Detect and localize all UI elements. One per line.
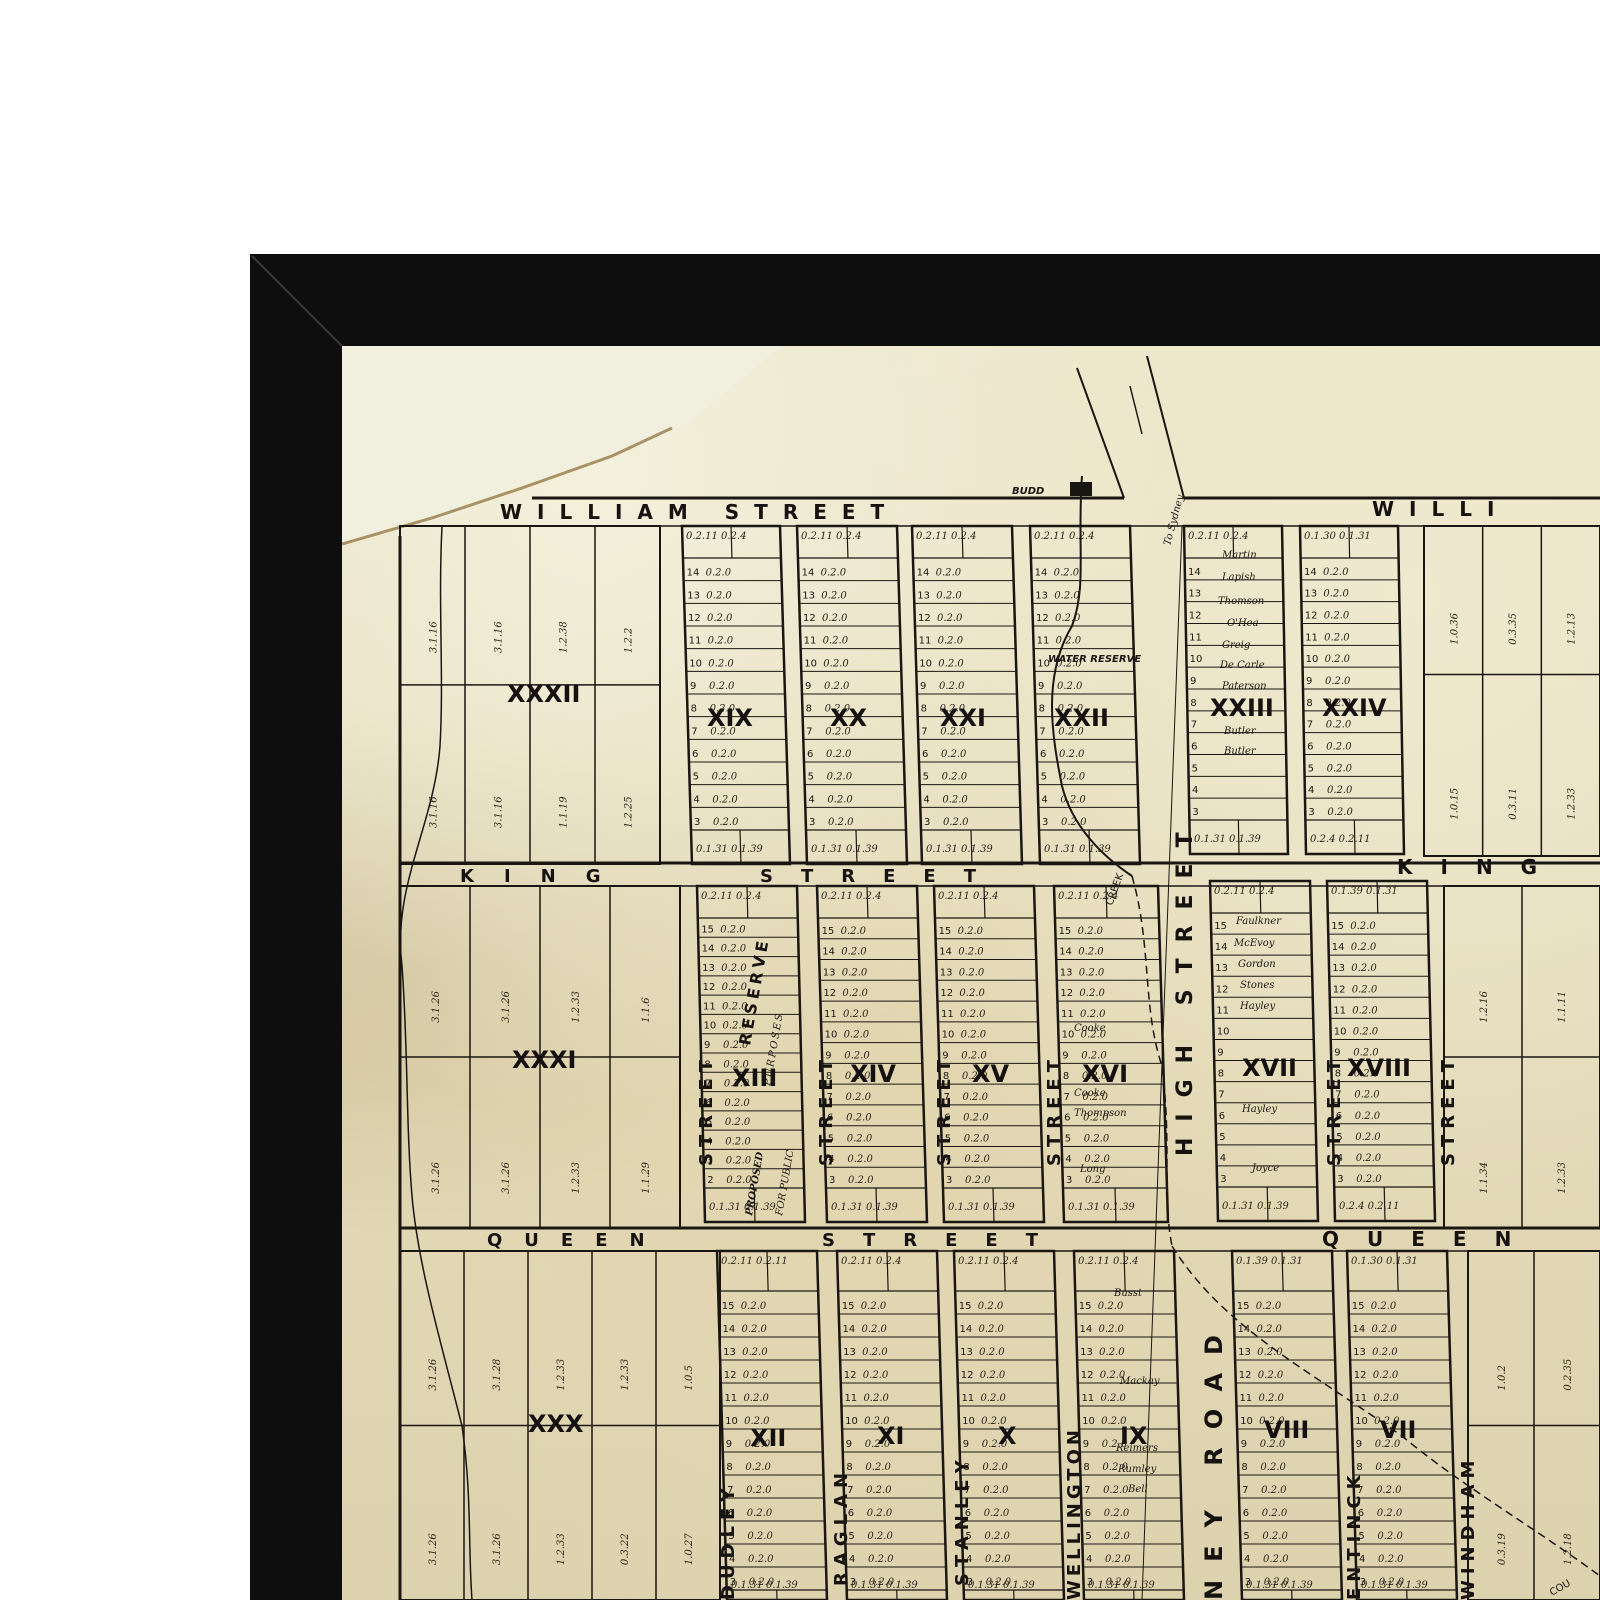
svg-text:8: 8 [704, 1059, 710, 1070]
svg-text:4: 4 [1359, 1554, 1365, 1565]
svg-text:0.2.0: 0.2.0 [1261, 1485, 1287, 1496]
svg-text:0.2.0: 0.2.0 [867, 1508, 893, 1519]
svg-text:WILLIAM STREET: WILLIAM STREET [500, 500, 899, 524]
svg-text:10: 10 [704, 1021, 717, 1032]
svg-text:0.2.0: 0.2.0 [942, 772, 968, 783]
svg-text:0.2.0: 0.2.0 [846, 1113, 872, 1124]
svg-text:7: 7 [1039, 726, 1045, 737]
svg-text:0.2.0: 0.2.0 [743, 1370, 769, 1381]
svg-text:XVI: XVI [1082, 1060, 1128, 1088]
svg-text:0.2.0: 0.2.0 [1355, 1111, 1381, 1122]
svg-text:6: 6 [1307, 742, 1313, 753]
svg-text:9: 9 [1062, 1050, 1068, 1061]
svg-text:13: 13 [1215, 963, 1228, 974]
svg-text:0.1.31 0.1.39: 0.1.31 0.1.39 [1068, 1202, 1135, 1213]
svg-text:0.2.4 0.2.11: 0.2.4 0.2.11 [1339, 1201, 1399, 1212]
svg-text:3.1.26: 3.1.26 [431, 1161, 442, 1193]
svg-text:12: 12 [940, 988, 953, 999]
svg-text:0.2.0: 0.2.0 [748, 1554, 774, 1565]
svg-text:9: 9 [1190, 676, 1196, 687]
svg-text:5: 5 [706, 1117, 712, 1128]
svg-text:0.2.11 0.2.4: 0.2.11 0.2.4 [1214, 886, 1274, 897]
svg-text:5: 5 [1085, 1531, 1091, 1542]
svg-text:14: 14 [1304, 567, 1317, 578]
svg-text:5: 5 [945, 1133, 951, 1144]
svg-text:0.1.31 0.1.39: 0.1.31 0.1.39 [831, 1202, 898, 1213]
svg-text:0.2.0: 0.2.0 [1078, 926, 1104, 937]
svg-text:QUEEN: QUEEN [487, 1230, 667, 1251]
svg-text:0.3.11: 0.3.11 [1508, 788, 1519, 820]
svg-text:4: 4 [706, 1136, 712, 1147]
svg-text:6: 6 [1064, 1113, 1070, 1124]
svg-text:1.2.33: 1.2.33 [556, 1359, 567, 1391]
svg-text:10: 10 [1082, 1416, 1095, 1427]
svg-text:0.3.22: 0.3.22 [620, 1533, 631, 1565]
svg-text:1.2.38: 1.2.38 [559, 621, 570, 653]
svg-text:11: 11 [1239, 1393, 1252, 1404]
svg-text:1.1.29: 1.1.29 [641, 1161, 652, 1193]
svg-text:15: 15 [1237, 1301, 1250, 1312]
svg-text:3: 3 [1087, 1577, 1093, 1588]
svg-text:4: 4 [945, 1154, 951, 1165]
svg-text:0.2.0: 0.2.0 [1260, 1462, 1286, 1473]
svg-text:5: 5 [1336, 1132, 1342, 1143]
svg-text:De Carle: De Carle [1219, 660, 1265, 671]
svg-text:3.1.26: 3.1.26 [501, 990, 512, 1022]
svg-text:12: 12 [1216, 984, 1229, 995]
svg-text:0.2.0: 0.2.0 [749, 1577, 775, 1588]
svg-text:0.2.0: 0.2.0 [938, 636, 964, 647]
svg-text:8: 8 [846, 1462, 852, 1473]
svg-text:0.2.0: 0.2.0 [984, 1531, 1010, 1542]
svg-text:3: 3 [967, 1577, 973, 1588]
svg-text:0.2.0: 0.2.0 [1373, 1393, 1399, 1404]
svg-text:0.2.0: 0.2.0 [843, 1009, 869, 1020]
svg-text:13: 13 [1188, 589, 1201, 600]
svg-text:9: 9 [1241, 1439, 1247, 1450]
svg-text:1.0.27: 1.0.27 [684, 1533, 695, 1565]
svg-text:0.2.0: 0.2.0 [1378, 1554, 1404, 1565]
svg-text:0.2.0: 0.2.0 [721, 944, 747, 955]
svg-text:0.2.0: 0.2.0 [712, 794, 738, 805]
svg-text:3: 3 [924, 817, 930, 828]
svg-text:NEY ROAD: NEY ROAD [1200, 1317, 1228, 1600]
svg-text:0.2.11 0.2.4: 0.2.11 0.2.4 [958, 1256, 1018, 1267]
svg-text:0.2.0: 0.2.0 [821, 590, 847, 601]
svg-text:15: 15 [959, 1301, 972, 1312]
svg-text:0.2.0: 0.2.0 [980, 1393, 1006, 1404]
svg-text:10: 10 [725, 1416, 738, 1427]
svg-text:12: 12 [918, 613, 931, 624]
svg-text:0.2.0: 0.2.0 [943, 817, 969, 828]
svg-text:10: 10 [845, 1416, 858, 1427]
svg-text:0.2.0: 0.2.0 [1054, 590, 1080, 601]
svg-text:12: 12 [703, 982, 716, 993]
svg-text:9: 9 [1306, 676, 1312, 687]
svg-text:1.2.33: 1.2.33 [571, 991, 582, 1023]
svg-text:Thompson: Thompson [1074, 1108, 1127, 1119]
svg-text:13: 13 [723, 1347, 736, 1358]
svg-text:11: 11 [1333, 1005, 1346, 1016]
svg-text:0.2.0: 0.2.0 [709, 681, 735, 692]
svg-text:7: 7 [1191, 720, 1197, 731]
svg-text:0.2.0: 0.2.0 [1327, 807, 1353, 818]
svg-text:5: 5 [728, 1531, 734, 1542]
svg-text:1.1.34: 1.1.34 [1479, 1162, 1490, 1194]
svg-text:XXIV: XXIV [1322, 694, 1387, 722]
svg-text:11: 11 [1189, 632, 1202, 643]
svg-text:0.2.0: 0.2.0 [1263, 1554, 1289, 1565]
svg-text:0.2.0: 0.2.0 [936, 590, 962, 601]
svg-text:11: 11 [804, 636, 817, 647]
svg-text:0.2.0: 0.2.0 [1376, 1485, 1402, 1496]
svg-text:4: 4 [828, 1154, 834, 1165]
svg-text:5: 5 [693, 772, 699, 783]
svg-text:14: 14 [1188, 567, 1201, 578]
svg-text:0.2.0: 0.2.0 [1353, 1026, 1379, 1037]
svg-text:Bell: Bell [1127, 1484, 1148, 1495]
svg-text:Martin: Martin [1221, 550, 1257, 561]
svg-text:13: 13 [802, 590, 815, 601]
svg-text:Joyce: Joyce [1250, 1163, 1279, 1174]
svg-text:8: 8 [1335, 1069, 1341, 1080]
svg-text:0.2.0: 0.2.0 [1099, 1347, 1125, 1358]
svg-text:0.2.0: 0.2.0 [1103, 1485, 1129, 1496]
svg-text:0.2.0: 0.2.0 [1105, 1554, 1131, 1565]
svg-text:VII: VII [1380, 1416, 1416, 1444]
svg-text:0.2.11 0.2.4: 0.2.11 0.2.4 [1034, 531, 1094, 542]
svg-text:14: 14 [842, 1324, 855, 1335]
road-to-sydney: To Sydney BUDD [1012, 356, 1186, 547]
svg-text:6: 6 [922, 749, 928, 760]
svg-text:1.1.19: 1.1.19 [559, 796, 570, 828]
svg-text:3: 3 [809, 817, 815, 828]
svg-text:7: 7 [705, 1079, 711, 1090]
svg-text:4: 4 [729, 1554, 735, 1565]
svg-text:13: 13 [1060, 967, 1073, 978]
svg-text:13: 13 [1080, 1347, 1093, 1358]
svg-text:10: 10 [962, 1416, 975, 1427]
svg-text:12: 12 [823, 988, 836, 999]
svg-text:0.2.0: 0.2.0 [1371, 1324, 1397, 1335]
svg-text:XXXII: XXXII [507, 680, 580, 708]
svg-text:QUEEN: QUEEN [1322, 1227, 1539, 1251]
svg-text:0.2.0: 0.2.0 [725, 1117, 751, 1128]
svg-text:15: 15 [1214, 921, 1227, 932]
svg-text:12: 12 [1239, 1370, 1252, 1381]
svg-text:8: 8 [921, 704, 927, 715]
lot-block: 0.2.11 0.2.40.1.31 0.1.39150.2.0140.2.01… [817, 886, 927, 1222]
svg-text:0.2.0: 0.2.0 [1104, 1531, 1130, 1542]
svg-text:14: 14 [1215, 942, 1228, 953]
svg-text:0.2.0: 0.2.0 [1106, 1577, 1132, 1588]
svg-text:7: 7 [1307, 720, 1313, 731]
svg-text:9: 9 [1217, 1048, 1223, 1059]
svg-text:6: 6 [705, 1098, 711, 1109]
svg-text:0.2.0: 0.2.0 [711, 749, 737, 760]
svg-text:8: 8 [963, 1462, 969, 1473]
svg-text:0.2.0: 0.2.0 [822, 613, 848, 624]
svg-text:COU: COU [1548, 1578, 1573, 1599]
svg-text:0.2.35: 0.2.35 [1563, 1359, 1574, 1391]
svg-text:8: 8 [1241, 1462, 1247, 1473]
svg-text:0.2.0: 0.2.0 [936, 568, 962, 579]
svg-text:11: 11 [1061, 1009, 1074, 1020]
lot-block: 0.2.11 0.2.40.1.31 0.1.39140.2.0130.2.01… [1030, 526, 1140, 864]
svg-text:7: 7 [964, 1485, 970, 1496]
svg-text:0.2.0: 0.2.0 [1258, 1393, 1284, 1404]
svg-text:0.2.0: 0.2.0 [959, 988, 985, 999]
svg-text:0.2.0: 0.2.0 [1356, 1174, 1382, 1185]
svg-text:0.2.0: 0.2.0 [712, 772, 738, 783]
svg-text:0.2.0: 0.2.0 [866, 1485, 892, 1496]
svg-text:0.2.0: 0.2.0 [1057, 681, 1083, 692]
svg-text:11: 11 [844, 1393, 857, 1404]
svg-text:0.2.0: 0.2.0 [743, 1393, 769, 1404]
lot-block: 0.2.11 0.2.40.1.31 0.1.39140.2.0130.2.01… [912, 526, 1022, 864]
svg-text:0.2.0: 0.2.0 [961, 1030, 987, 1041]
svg-text:0.2.0: 0.2.0 [867, 1531, 893, 1542]
svg-text:0.2.0: 0.2.0 [982, 1462, 1008, 1473]
svg-text:0.2.0: 0.2.0 [963, 1113, 989, 1124]
svg-text:XI: XI [877, 1422, 904, 1450]
svg-text:13: 13 [687, 590, 700, 601]
svg-text:0.2.0: 0.2.0 [958, 926, 984, 937]
svg-text:0.2.0: 0.2.0 [1326, 742, 1352, 753]
svg-text:12: 12 [1333, 984, 1346, 995]
svg-text:Hayley: Hayley [1241, 1104, 1277, 1115]
svg-text:8: 8 [826, 1071, 832, 1082]
svg-text:XVII: XVII [1242, 1054, 1297, 1082]
svg-text:13: 13 [1238, 1347, 1251, 1358]
svg-text:Paterson: Paterson [1221, 681, 1267, 692]
lot-block: 0.2.11 0.2.40.1.31 0.1.39140.2.0130.2.01… [797, 526, 907, 864]
svg-text:9: 9 [805, 681, 811, 692]
svg-text:5: 5 [1219, 1132, 1225, 1143]
svg-text:0.2.0: 0.2.0 [959, 967, 985, 978]
svg-text:6: 6 [692, 749, 698, 760]
svg-text:0.2.0: 0.2.0 [1351, 942, 1377, 953]
svg-text:9: 9 [726, 1439, 732, 1450]
svg-text:15: 15 [701, 924, 714, 935]
svg-text:12: 12 [724, 1370, 737, 1381]
svg-text:15: 15 [822, 926, 835, 937]
svg-text:7: 7 [1357, 1485, 1363, 1496]
svg-text:3.1.26: 3.1.26 [492, 1533, 503, 1565]
owner-names-xxiii: Martin Lapish Thomson O'Hea Greig De Car… [1218, 550, 1267, 757]
svg-text:Butler: Butler [1223, 726, 1257, 737]
svg-text:1.0.5: 1.0.5 [684, 1365, 695, 1390]
svg-text:XX: XX [830, 704, 868, 732]
svg-text:Cooke: Cooke [1074, 1023, 1106, 1034]
svg-text:0.2.0: 0.2.0 [706, 568, 732, 579]
svg-text:0.2.0: 0.2.0 [1061, 817, 1087, 828]
svg-text:7: 7 [1218, 1090, 1224, 1101]
svg-text:1.0.15: 1.0.15 [1449, 788, 1460, 820]
svg-text:0.2.0: 0.2.0 [979, 1347, 1005, 1358]
svg-text:0.2.0: 0.2.0 [708, 636, 734, 647]
svg-text:0.2.0: 0.2.0 [1079, 967, 1105, 978]
svg-text:0.2.0: 0.2.0 [1325, 676, 1351, 687]
svg-text:4: 4 [1192, 785, 1198, 796]
svg-text:0.2.0: 0.2.0 [1079, 988, 1105, 999]
svg-text:11: 11 [1354, 1393, 1367, 1404]
svg-text:HIGH STREET: HIGH STREET [1173, 816, 1198, 1156]
svg-text:0.2.0: 0.2.0 [1264, 1577, 1290, 1588]
svg-text:0.1.30 0.1.31: 0.1.30 0.1.31 [1304, 531, 1371, 542]
svg-text:8: 8 [1063, 1071, 1069, 1082]
svg-text:13: 13 [960, 1347, 973, 1358]
svg-text:VIII: VIII [1264, 1416, 1309, 1444]
svg-text:10: 10 [1306, 654, 1319, 665]
svg-text:0.2.0: 0.2.0 [983, 1485, 1009, 1496]
svg-text:10: 10 [1334, 1026, 1347, 1037]
svg-text:10: 10 [1062, 1030, 1075, 1041]
svg-text:3: 3 [829, 1175, 835, 1186]
svg-text:11: 11 [724, 1393, 737, 1404]
svg-text:14: 14 [1332, 942, 1345, 953]
svg-text:5: 5 [1041, 772, 1047, 783]
svg-text:7: 7 [691, 726, 697, 737]
svg-text:0.1.31 0.1.39: 0.1.31 0.1.39 [948, 1202, 1015, 1213]
svg-text:0.2.0: 0.2.0 [1375, 1462, 1401, 1473]
svg-text:5: 5 [965, 1531, 971, 1542]
svg-text:9: 9 [704, 1040, 710, 1051]
svg-text:0.2.0: 0.2.0 [1324, 632, 1350, 643]
svg-text:14: 14 [822, 947, 835, 958]
svg-text:McEvoy: McEvoy [1233, 938, 1275, 949]
svg-text:XXI: XXI [940, 704, 986, 732]
svg-text:3: 3 [1042, 817, 1048, 828]
svg-text:9: 9 [1334, 1048, 1340, 1059]
svg-text:0.2.0: 0.2.0 [726, 1156, 752, 1167]
svg-text:STREET: STREET [760, 866, 1004, 887]
svg-text:4: 4 [693, 794, 699, 805]
svg-text:0.2.0: 0.2.0 [1054, 568, 1080, 579]
svg-text:0.2.0: 0.2.0 [985, 1554, 1011, 1565]
svg-text:0.2.0: 0.2.0 [958, 947, 984, 958]
svg-text:0.2.0: 0.2.0 [964, 1154, 990, 1165]
svg-text:0.2.0: 0.2.0 [844, 1030, 870, 1041]
svg-text:3: 3 [850, 1577, 856, 1588]
svg-text:1.1.6: 1.1.6 [641, 997, 652, 1023]
svg-text:0.2.0: 0.2.0 [1078, 947, 1104, 958]
svg-text:5: 5 [1243, 1531, 1249, 1542]
svg-text:14: 14 [1079, 1324, 1092, 1335]
svg-text:XV: XV [972, 1060, 1010, 1088]
svg-text:3.1.26: 3.1.26 [431, 990, 442, 1022]
svg-text:9: 9 [825, 1050, 831, 1061]
svg-text:7: 7 [1084, 1485, 1090, 1496]
svg-text:1.2.33: 1.2.33 [1567, 788, 1578, 820]
svg-text:0.2.0: 0.2.0 [747, 1531, 773, 1542]
svg-text:WILLI: WILLI [1372, 497, 1509, 521]
svg-text:3: 3 [1192, 807, 1198, 818]
svg-text:0.2.11 0.2.4: 0.2.11 0.2.4 [821, 891, 881, 902]
svg-text:0.2.0: 0.2.0 [937, 613, 963, 624]
svg-text:0.2.11 0.2.4: 0.2.11 0.2.4 [938, 891, 998, 902]
svg-text:XXII: XXII [1054, 704, 1109, 732]
svg-text:0.2.0: 0.2.0 [964, 1133, 990, 1144]
svg-text:0.2.0: 0.2.0 [742, 1347, 768, 1358]
svg-text:0.2.11 0.2.4: 0.2.11 0.2.4 [1188, 531, 1248, 542]
svg-text:0.2.0: 0.2.0 [1377, 1531, 1403, 1542]
svg-text:5: 5 [828, 1133, 834, 1144]
svg-text:0.2.0: 0.2.0 [1084, 1133, 1110, 1144]
svg-text:3: 3 [730, 1577, 736, 1588]
svg-text:3: 3 [1220, 1174, 1226, 1185]
svg-text:FOR PUBLIC: FOR PUBLIC [774, 1149, 797, 1218]
svg-text:6: 6 [965, 1508, 971, 1519]
svg-text:6: 6 [807, 749, 813, 760]
svg-text:12: 12 [1354, 1370, 1367, 1381]
svg-text:11: 11 [824, 1009, 837, 1020]
svg-text:0.2.0: 0.2.0 [861, 1301, 887, 1312]
svg-text:0.1.31 0.1.39: 0.1.31 0.1.39 [811, 844, 878, 855]
svg-text:10: 10 [1240, 1416, 1253, 1427]
svg-text:7: 7 [921, 726, 927, 737]
svg-text:0.2.0: 0.2.0 [747, 1508, 773, 1519]
svg-text:4: 4 [966, 1554, 972, 1565]
survey-map: To Sydney BUDD WILLIAM STREET WILLI KING… [342, 346, 1600, 1600]
svg-text:3: 3 [946, 1175, 952, 1186]
svg-text:0.3.19: 0.3.19 [1497, 1533, 1508, 1565]
svg-text:11: 11 [1037, 636, 1050, 647]
svg-text:7: 7 [944, 1092, 950, 1103]
svg-text:8: 8 [1218, 1069, 1224, 1080]
svg-text:13: 13 [702, 963, 715, 974]
svg-text:0.2.0: 0.2.0 [1354, 1090, 1380, 1101]
svg-text:0.2.0: 0.2.0 [707, 613, 733, 624]
svg-text:14: 14 [1035, 568, 1048, 579]
svg-text:11: 11 [1216, 1005, 1229, 1016]
svg-text:0.2.0: 0.2.0 [1098, 1324, 1124, 1335]
svg-text:0.2.0: 0.2.0 [1262, 1508, 1288, 1519]
svg-text:0.2.0: 0.2.0 [942, 794, 968, 805]
svg-text:0.2.0: 0.2.0 [986, 1577, 1012, 1588]
svg-text:7: 7 [1335, 1090, 1341, 1101]
svg-text:0.2.0: 0.2.0 [1257, 1347, 1283, 1358]
svg-text:4: 4 [849, 1554, 855, 1565]
svg-text:Long: Long [1079, 1164, 1106, 1175]
svg-text:9: 9 [1083, 1439, 1089, 1450]
svg-text:0.2.0: 0.2.0 [823, 658, 849, 669]
svg-text:Lapish: Lapish [1221, 572, 1256, 583]
svg-text:XVIII: XVIII [1347, 1054, 1411, 1082]
svg-text:14: 14 [939, 947, 952, 958]
svg-text:0.2.0: 0.2.0 [741, 1301, 767, 1312]
svg-text:0.2.0: 0.2.0 [863, 1370, 889, 1381]
svg-text:1.0.36: 1.0.36 [1449, 612, 1460, 644]
svg-text:STREET: STREET [822, 1230, 1066, 1251]
svg-text:5: 5 [808, 772, 814, 783]
svg-text:11: 11 [689, 636, 702, 647]
svg-text:14: 14 [1352, 1324, 1365, 1335]
svg-text:XXX: XXX [528, 1410, 584, 1438]
svg-text:3: 3 [1337, 1174, 1343, 1185]
svg-text:3.1.28: 3.1.28 [492, 1359, 503, 1391]
svg-text:0.2.0: 0.2.0 [848, 1175, 874, 1186]
svg-text:7: 7 [1242, 1485, 1248, 1496]
svg-text:0.2.0: 0.2.0 [1085, 1175, 1111, 1186]
svg-text:12: 12 [1305, 611, 1318, 622]
svg-text:14: 14 [702, 944, 715, 955]
svg-text:13: 13 [917, 590, 930, 601]
svg-text:11: 11 [919, 636, 932, 647]
svg-text:14: 14 [1059, 947, 1072, 958]
svg-text:Greig: Greig [1222, 640, 1250, 651]
svg-text:0.2.0: 0.2.0 [1323, 589, 1349, 600]
